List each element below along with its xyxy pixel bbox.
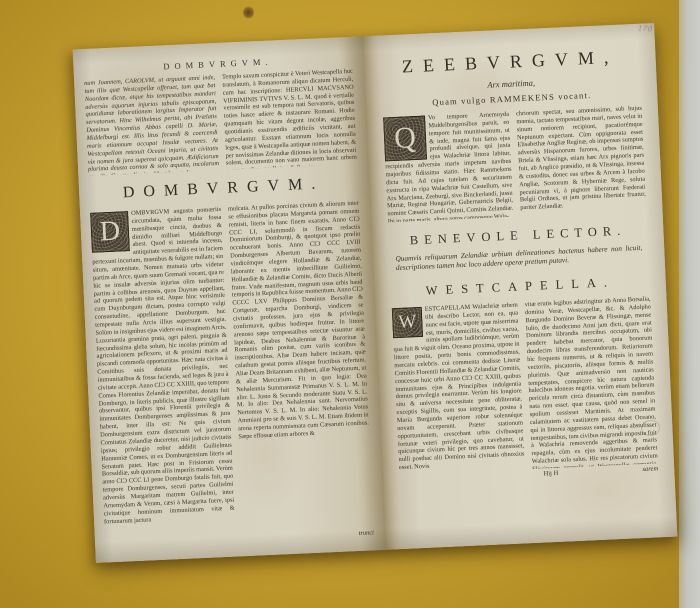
domburgum-column-2: mulcata. At pullos porcinas civium & ali… (228, 200, 374, 534)
continuation-column-1: num Joannem, CAROLVM, ut arguunt anni in… (84, 74, 219, 176)
zeeburgum-column-1: QVo tempore Arnemuyda Middelburgensibus … (383, 111, 514, 223)
photo-background: DOMBVRGVM. num Joannem, CAROLVM, ut argu… (0, 0, 700, 608)
westcapella-column-2: vitæ erutis legibus adstringitur ab Anna… (525, 295, 658, 469)
zeeburgum-columns: QVo tempore Arnemuyda Middelburgensibus … (383, 105, 647, 223)
westcapella-text-2: vitæ erutis legibus adstringitur ab Anna… (525, 295, 658, 469)
left-catchword: trunci (358, 529, 374, 537)
westcapella-column-1: WESTCAPELLAM Walachriæ urbem tibi descri… (392, 302, 525, 476)
background-edge-strip (679, 0, 700, 608)
ornamental-initial-d: D (90, 211, 130, 253)
ink-stain (243, 6, 254, 19)
continuation-columns: num Joannem, CAROLVM, ut arguunt anni in… (84, 68, 357, 176)
domburgum-text-2: mulcata. At pullos porcinas civium & ali… (228, 200, 369, 441)
domburgum-columns: DOMBVRGVM angusta pomœriis circumdata, q… (90, 200, 374, 540)
right-catchword: sarem (642, 465, 658, 473)
zeeburgum-column-2: chriorum spectat, seu amœnissimo, sub hu… (516, 105, 647, 217)
continuation-column-2: Templo saxum conspicitur è Veteri Westca… (222, 68, 357, 170)
ornamental-initial-w: W (392, 307, 423, 338)
westcapella-columns: WESTCAPELLAM Walachriæ urbem tibi descri… (392, 295, 658, 475)
ornamental-initial-q: Q (383, 116, 427, 162)
book-spread: DOMBVRGVM. num Joannem, CAROLVM, ut argu… (73, 23, 678, 563)
left-page: DOMBVRGVM. num Joannem, CAROLVM, ut argu… (73, 36, 387, 563)
right-page: ZEEBVRGVM, Arx maritima, Quam vulgo RAMM… (363, 23, 677, 550)
zeeburgum-text-2: chriorum spectat, seu amœnissimo, sub hu… (516, 105, 646, 212)
domburgum-column-1: DOMBVRGVM angusta pomœriis circumdata, q… (90, 206, 236, 540)
pencil-page-number: 170 (638, 23, 654, 33)
domburgum-text-1: OMBVRGVM angusta pomœriis circumdata, qu… (92, 206, 235, 525)
domburgum-title: DOMBVRGVM. (89, 174, 359, 204)
